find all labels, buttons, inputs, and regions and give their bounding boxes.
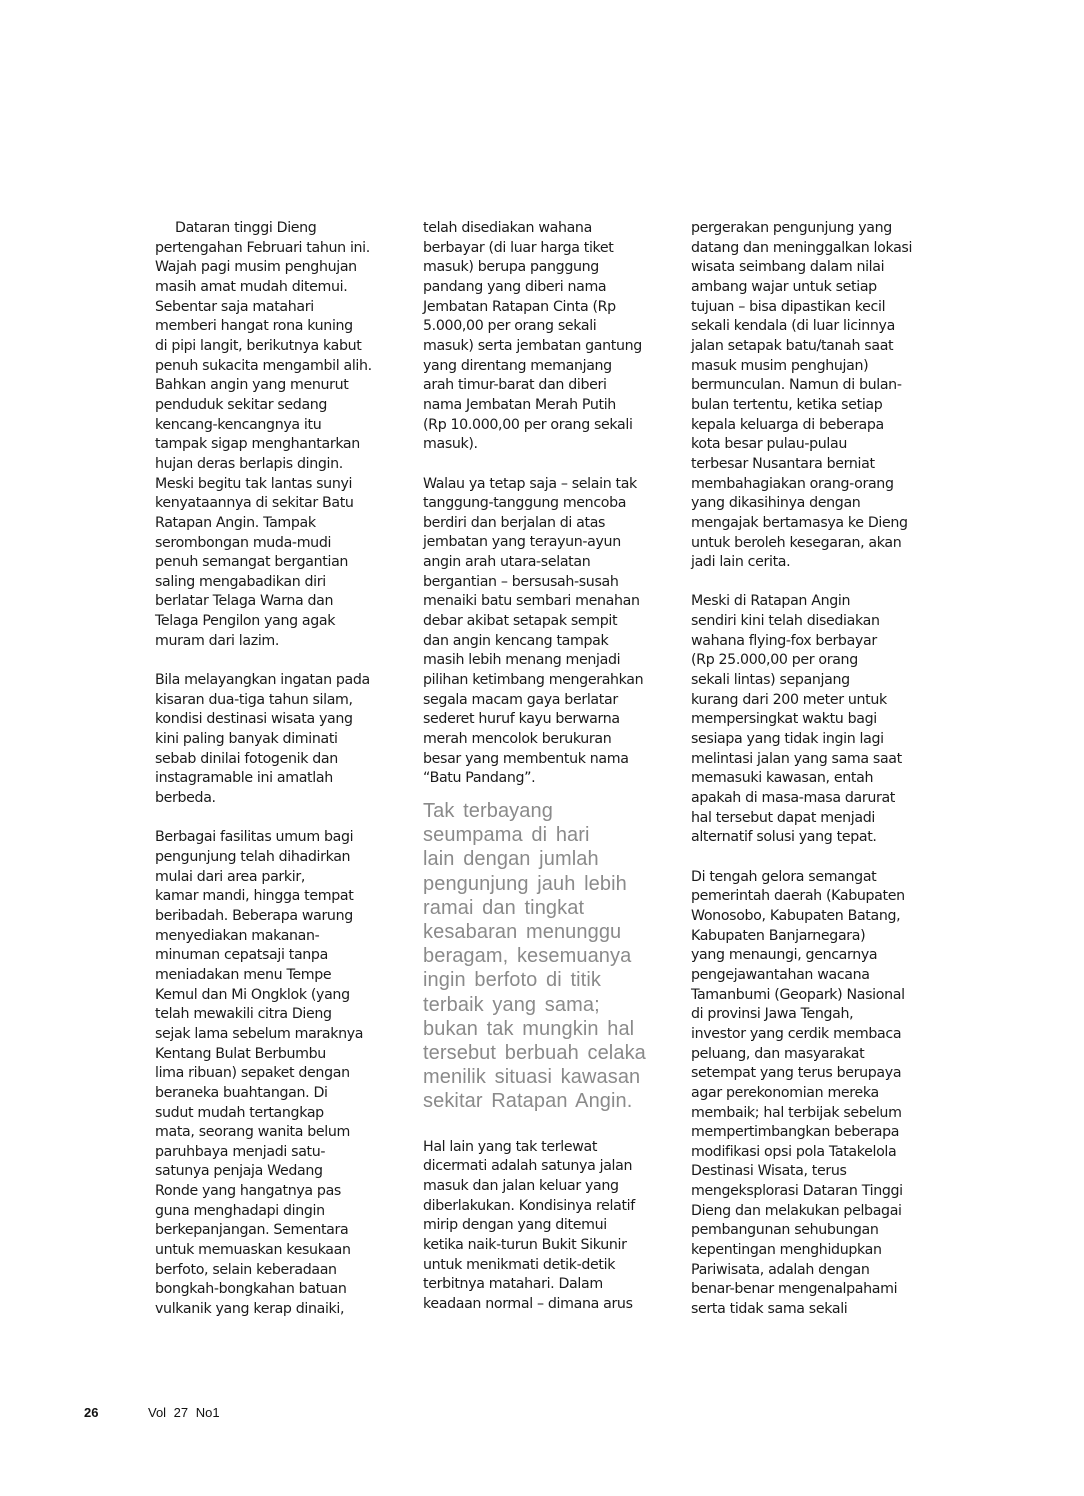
- text-line: di pipi langit, berikutnya kabut: [155, 337, 400, 357]
- text-line: agar perekonomian mereka: [691, 1084, 941, 1104]
- text-line: pembangunan sehubungan: [691, 1221, 941, 1241]
- text-line: penuh sukacita mengambil alih.: [155, 357, 400, 377]
- text-line: debar akibat setapak sempit: [423, 612, 673, 632]
- text-line: sekitar Ratapan Angin.: [423, 1089, 673, 1113]
- text-line: “Batu Pandang”.: [423, 769, 673, 789]
- text-line: berkepanjangan. Sementara: [155, 1221, 400, 1241]
- text-line: mempersingkat waktu bagi: [691, 710, 941, 730]
- text-line: sendiri kini telah disediakan: [691, 612, 941, 632]
- text-line: berbeda.: [155, 789, 400, 809]
- text-line: bukan tak mungkin hal: [423, 1017, 673, 1041]
- text-line: sekali kendala (di luar licinnya: [691, 317, 941, 337]
- text-line: peluang, dan masyarakat: [691, 1045, 941, 1065]
- text-line: yang menaungi, gencarnya: [691, 946, 941, 966]
- text-line: Dieng dan melakukan pelbagai: [691, 1202, 941, 1222]
- text-line: kesabaran menunggu: [423, 920, 673, 944]
- text-line: Kemul dan Mi Ongklok (yang: [155, 986, 400, 1006]
- text-line: Walau ya tetap saja – selain tak: [423, 475, 673, 495]
- paragraph: Berbagai fasilitas umum bagipengunjung t…: [155, 828, 400, 1319]
- text-line: beraneka buahtangan. Di: [155, 1084, 400, 1104]
- text-line: seumpama di hari: [423, 823, 673, 847]
- text-line: berbayar (di luar harga tiket: [423, 239, 673, 259]
- text-line: sejak lama sebelum maraknya: [155, 1025, 400, 1045]
- text-line: berdiri dan berjalan di atas: [423, 514, 673, 534]
- text-line: serta tidak sama sekali: [691, 1300, 941, 1320]
- text-line: ingin berfoto di titik: [423, 968, 673, 992]
- text-line: mirip dengan yang ditemui: [423, 1216, 673, 1236]
- text-line: terbitnya matahari. Dalam: [423, 1275, 673, 1295]
- text-line: sesiapa yang tidak ingin lagi: [691, 730, 941, 750]
- text-line: keadaan normal – dimana arus: [423, 1295, 673, 1315]
- text-line: penuh semangat bergantian: [155, 553, 400, 573]
- text-line: Kabupaten Banjarnegara): [691, 927, 941, 947]
- text-line: Hal lain yang tak terlewat: [423, 1138, 673, 1158]
- text-line: saling mengabadikan diri: [155, 573, 400, 593]
- text-line: mengajak bertamasya ke Dieng: [691, 514, 941, 534]
- text-line: Wajah pagi musim penghujan: [155, 258, 400, 278]
- text-line: tersebut berbuah celaka: [423, 1041, 673, 1065]
- text-line: wisata seimbang dalam nilai: [691, 258, 941, 278]
- text-line: minuman cepatsaji tanpa: [155, 946, 400, 966]
- text-line: kepentingan menghidupkan: [691, 1241, 941, 1261]
- text-line: nama Jembatan Merah Putih: [423, 396, 673, 416]
- text-line: pengejawantahan wacana: [691, 966, 941, 986]
- text-line: tujuan – bisa dipastikan kecil: [691, 298, 941, 318]
- pull-quote: Tak terbayangseumpama di harilain dengan…: [423, 799, 673, 1114]
- text-line: diberlakukan. Kondisinya relatif: [423, 1197, 673, 1217]
- text-line: bongkah-bongkahan batuan: [155, 1280, 400, 1300]
- text-line: yang direntang memanjang: [423, 357, 673, 377]
- text-line: arah timur-barat dan diberi: [423, 376, 673, 396]
- text-line: kurang dari 200 meter untuk: [691, 691, 941, 711]
- text-line: Tamanbumi (Geopark) Nasional: [691, 986, 941, 1006]
- text-line: pengunjung telah dihadirkan: [155, 848, 400, 868]
- paragraph: Bila melayangkan ingatan padakisaran dua…: [155, 671, 400, 809]
- text-line: wahana flying-fox berbayar: [691, 632, 941, 652]
- text-line: pilihan ketimbang mengerahkan: [423, 671, 673, 691]
- text-line: membaik; hal terbijak sebelum: [691, 1104, 941, 1124]
- text-line: terbesar Nusantara berniat: [691, 455, 941, 475]
- text-line: yang dikasihinya dengan: [691, 494, 941, 514]
- text-line: (Rp 25.000,00 per orang: [691, 651, 941, 671]
- text-line: Destinasi Wisata, terus: [691, 1162, 941, 1182]
- text-line: paruhbaya menjadi satu-: [155, 1143, 400, 1163]
- text-line: sebab dinilai fotogenik dan: [155, 750, 400, 770]
- text-line: Sebentar saja matahari: [155, 298, 400, 318]
- text-line: Berbagai fasilitas umum bagi: [155, 828, 400, 848]
- text-line: kepala keluarga di beberapa: [691, 416, 941, 436]
- text-line: bergantian – bersusah-susah: [423, 573, 673, 593]
- text-line: angin arah utara-selatan: [423, 553, 673, 573]
- text-line: kamar mandi, hingga tempat: [155, 887, 400, 907]
- text-line: Di tengah gelora semangat: [691, 868, 941, 888]
- text-line: masuk).: [423, 435, 673, 455]
- text-line: untuk memuaskan kesukaan: [155, 1241, 400, 1261]
- text-line: sudut mudah tertangkap: [155, 1104, 400, 1124]
- paragraph: pergerakan pengunjung yangdatang dan men…: [691, 219, 941, 573]
- text-line: mempertimbangkan beberapa: [691, 1123, 941, 1143]
- text-line: telah disediakan wahana: [423, 219, 673, 239]
- text-line: jadi lain cerita.: [691, 553, 941, 573]
- paragraph: Hal lain yang tak terlewatdicermati adal…: [423, 1138, 673, 1315]
- text-line: Ratapan Angin. Tampak: [155, 514, 400, 534]
- text-line: menyediakan makanan-: [155, 927, 400, 947]
- paragraph: telah disediakan wahanaberbayar (di luar…: [423, 219, 673, 455]
- text-line: kenyataannya di sekitar Batu: [155, 494, 400, 514]
- text-line: tampak sigap menghantarkan: [155, 435, 400, 455]
- text-line: lain dengan jumlah: [423, 847, 673, 871]
- text-line: Jembatan Ratapan Cinta (Rp: [423, 298, 673, 318]
- text-line: masih lebih menang menjadi: [423, 651, 673, 671]
- text-line: satunya penjaja Wedang: [155, 1162, 400, 1182]
- text-line: dan angin kencang tampak: [423, 632, 673, 652]
- text-line: Meski begitu tak lantas sunyi: [155, 475, 400, 495]
- text-line: beribadah. Beberapa warung: [155, 907, 400, 927]
- text-line: memasuki kawasan, entah: [691, 769, 941, 789]
- article-column-1: Dataran tinggi Diengpertengahan Februari…: [155, 219, 400, 1339]
- text-line: mata, seorang wanita belum: [155, 1123, 400, 1143]
- text-line: menaiki batu sembari menahan: [423, 592, 673, 612]
- text-line: masuk) serta jembatan gantung: [423, 337, 673, 357]
- text-line: besar yang membentuk nama: [423, 750, 673, 770]
- text-line: Pariwisata, adalah dengan: [691, 1261, 941, 1281]
- text-line: menilik situasi kawasan: [423, 1065, 673, 1089]
- text-line: Kentang Bulat Berbumbu: [155, 1045, 400, 1065]
- text-line: masuk) berupa panggung: [423, 258, 673, 278]
- text-line: serombongan muda-mudi: [155, 534, 400, 554]
- text-line: untuk menikmati detik-detik: [423, 1256, 673, 1276]
- text-line: ramai dan tingkat: [423, 896, 673, 920]
- text-line: kencang-kencangnya itu: [155, 416, 400, 436]
- article-column-2: telah disediakan wahanaberbayar (di luar…: [423, 219, 673, 1334]
- text-line: Telaga Pengilon yang agak: [155, 612, 400, 632]
- text-line: lima ribuan) sepaket dengan: [155, 1064, 400, 1084]
- text-line: pemerintah daerah (Kabupaten: [691, 887, 941, 907]
- paragraph: Di tengah gelora semangatpemerintah daer…: [691, 868, 941, 1320]
- text-line: memberi hangat rona kuning: [155, 317, 400, 337]
- text-line: kota besar pulau-pulau: [691, 435, 941, 455]
- text-line: untuk beroleh kesegaran, akan: [691, 534, 941, 554]
- text-line: kondisi destinasi wisata yang: [155, 710, 400, 730]
- text-line: benar-benar mengenalpahami: [691, 1280, 941, 1300]
- text-line: hal tersebut dapat menjadi: [691, 809, 941, 829]
- text-line: membahagiakan orang-orang: [691, 475, 941, 495]
- text-line: bermunculan. Namun di bulan-: [691, 376, 941, 396]
- text-line: Wonosobo, Kabupaten Batang,: [691, 907, 941, 927]
- text-line: modifikasi opsi pola Tatakelola: [691, 1143, 941, 1163]
- text-line: investor yang cerdik membaca: [691, 1025, 941, 1045]
- text-line: ketika naik-turun Bukit Sikunir: [423, 1236, 673, 1256]
- paragraph: Meski di Ratapan Anginsendiri kini telah…: [691, 592, 941, 848]
- text-line: Ronde yang hangatnya pas: [155, 1182, 400, 1202]
- text-line: Bahkan angin yang menurut: [155, 376, 400, 396]
- text-line: mulai dari area parkir,: [155, 868, 400, 888]
- paragraph: Dataran tinggi Diengpertengahan Februari…: [155, 219, 400, 651]
- text-line: Dataran tinggi Dieng: [155, 219, 400, 239]
- text-line: kini paling banyak diminati: [155, 730, 400, 750]
- text-line: tanggung-tanggung mencoba: [423, 494, 673, 514]
- text-line: sederet huruf kayu berwarna: [423, 710, 673, 730]
- text-line: di provinsi Jawa Tengah,: [691, 1005, 941, 1025]
- text-line: beragam, kesemuanya: [423, 944, 673, 968]
- text-line: pandang yang diberi nama: [423, 278, 673, 298]
- text-line: masuk dan jalan keluar yang: [423, 1177, 673, 1197]
- issue-label: Vol 27 No1: [148, 1405, 220, 1420]
- text-line: terbaik yang sama;: [423, 993, 673, 1017]
- text-line: setempat yang terus berupaya: [691, 1064, 941, 1084]
- text-line: masuk musim penghujan): [691, 357, 941, 377]
- text-line: pertengahan Februari tahun ini.: [155, 239, 400, 259]
- text-line: meniadakan menu Tempe: [155, 966, 400, 986]
- text-line: merah mencolok berukuran: [423, 730, 673, 750]
- text-line: jalan setapak batu/tanah saat: [691, 337, 941, 357]
- text-line: telah mewakili citra Dieng: [155, 1005, 400, 1025]
- article-column-3: pergerakan pengunjung yangdatang dan men…: [691, 219, 941, 1339]
- text-line: penduduk sekitar sedang: [155, 396, 400, 416]
- text-line: 5.000,00 per orang sekali: [423, 317, 673, 337]
- text-line: berfoto, selain keberadaan: [155, 1261, 400, 1281]
- text-line: sekali lintas) sepanjang: [691, 671, 941, 691]
- text-line: Bila melayangkan ingatan pada: [155, 671, 400, 691]
- text-line: guna menghadapi dingin: [155, 1202, 400, 1222]
- text-line: kisaran dua-tiga tahun silam,: [155, 691, 400, 711]
- text-line: pengunjung jauh lebih: [423, 872, 673, 896]
- text-line: apakah di masa-masa darurat: [691, 789, 941, 809]
- paragraph: Walau ya tetap saja – selain taktanggung…: [423, 475, 673, 790]
- text-line: vulkanik yang kerap dinaiki,: [155, 1300, 400, 1320]
- text-line: mengeksplorasi Dataran Tinggi: [691, 1182, 941, 1202]
- text-line: instagramable ini amatlah: [155, 769, 400, 789]
- text-line: segala macam gaya berlatar: [423, 691, 673, 711]
- text-line: alternatif solusi yang tepat.: [691, 828, 941, 848]
- text-line: (Rp 10.000,00 per orang sekali: [423, 416, 673, 436]
- text-line: Tak terbayang: [423, 799, 673, 823]
- text-line: pergerakan pengunjung yang: [691, 219, 941, 239]
- text-line: bulan tertentu, ketika setiap: [691, 396, 941, 416]
- text-line: berlatar Telaga Warna dan: [155, 592, 400, 612]
- text-line: ambang wajar untuk setiap: [691, 278, 941, 298]
- page-number: 26: [84, 1405, 98, 1420]
- text-line: muram dari lazim.: [155, 632, 400, 652]
- text-line: hujan deras berlapis dingin.: [155, 455, 400, 475]
- text-line: dicermati adalah satunya jalan: [423, 1157, 673, 1177]
- text-line: melintasi jalan yang sama saat: [691, 750, 941, 770]
- text-line: jembatan yang terayun-ayun: [423, 533, 673, 553]
- text-line: Meski di Ratapan Angin: [691, 592, 941, 612]
- text-line: masih amat mudah ditemui.: [155, 278, 400, 298]
- text-line: datang dan meninggalkan lokasi: [691, 239, 941, 259]
